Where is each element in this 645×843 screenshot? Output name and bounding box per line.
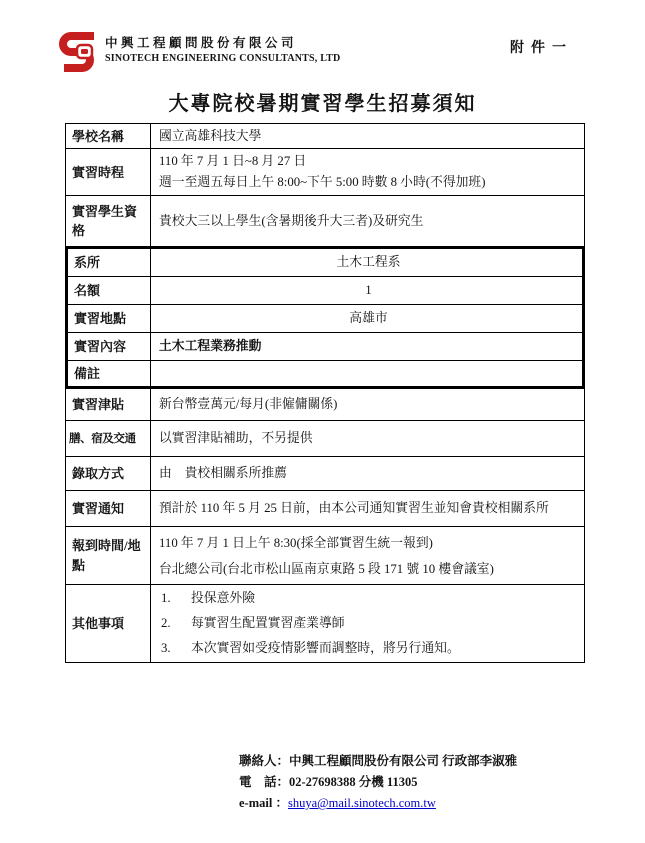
department-highlight-group: 系所 土木工程系 名額 1 實習地點 高雄市 實習內容 土木工 xyxy=(65,246,585,389)
contact-email-line: e-mail ：shuya@mail.sinotech.com.tw xyxy=(239,793,517,814)
email-label: e-mail ： xyxy=(239,796,288,810)
list-item-text: 投保意外險 xyxy=(191,586,255,611)
row-value-text: 貴校大三以上學生(含暑期後升大三者)及研究生 xyxy=(159,211,580,232)
contact-footer: 聯絡人：中興工程顧問股份有限公司 行政部李淑雅 電 話：02-27698388 … xyxy=(239,751,517,814)
row-label: 其他事項 xyxy=(66,585,151,662)
row-value: 預計於 110 年 5 月 25 日前，由本公司通知實習生並知會貴校相關系所 xyxy=(151,491,584,526)
recruitment-table: 學校名稱 國立高雄科技大學 實習時程 110 年 7 月 1 日~8 月 27 … xyxy=(65,123,585,663)
document-page: 中興工程顧問股份有限公司 SINOTECH ENGINEERING CONSUL… xyxy=(0,0,645,843)
row-value xyxy=(151,361,582,386)
row-value: 高雄市 xyxy=(151,305,582,332)
row-value-text: 土木工程業務推動 xyxy=(159,336,578,357)
row-value-line1: 110 年 7 月 1 日上午 8:30(採全部實習生統一報到) xyxy=(159,530,580,556)
contact-person-line: 聯絡人：中興工程顧問股份有限公司 行政部李淑雅 xyxy=(239,751,517,772)
list-item-number: 2. xyxy=(159,611,191,636)
table-row-location: 實習地點 高雄市 xyxy=(68,305,582,333)
table-row-internship-schedule: 實習時程 110 年 7 月 1 日~8 月 27 日 週一至週五每日上午 8:… xyxy=(66,149,584,196)
row-label: 備註 xyxy=(68,361,151,386)
row-value: 以實習津貼補助，不另提供 xyxy=(151,421,584,456)
row-value-text: 高雄市 xyxy=(159,308,578,329)
row-value-line2: 台北總公司(台北市松山區南京東路 5 段 171 號 10 樓會議室) xyxy=(159,556,580,582)
row-label: 實習津貼 xyxy=(66,389,151,420)
row-value-text: 1 xyxy=(159,280,578,301)
table-row-quota: 名額 1 xyxy=(68,277,582,305)
phone-value: 02-27698388 分機 11305 xyxy=(289,775,417,789)
row-label: 實習時程 xyxy=(66,149,151,195)
table-row-internship-content: 實習內容 土木工程業務推動 xyxy=(68,333,582,361)
row-value-text: 新台幣壹萬元/每月(非僱傭關係) xyxy=(159,394,580,415)
row-label: 膳、宿及交通 xyxy=(66,421,151,456)
row-label: 系所 xyxy=(68,249,151,276)
contact-phone-line: 電 話：02-27698388 分機 11305 xyxy=(239,772,517,793)
row-value-text: 由 貴校相關系所推薦 xyxy=(159,463,580,484)
table-row-meals-lodging-transport: 膳、宿及交通 以實習津貼補助，不另提供 xyxy=(66,421,584,457)
row-value: 土木工程系 xyxy=(151,249,582,276)
email-link[interactable]: shuya@mail.sinotech.com.tw xyxy=(288,796,436,810)
row-value-line2: 週一至週五每日上午 8:00~下午 5:00 時數 8 小時(不得加班) xyxy=(159,172,580,193)
attachment-label: 附件一 xyxy=(510,37,573,57)
row-label: 實習通知 xyxy=(66,491,151,526)
table-row-student-qualification: 實習學生資格 貴校大三以上學生(含暑期後升大三者)及研究生 xyxy=(66,196,584,246)
row-value: 貴校大三以上學生(含暑期後升大三者)及研究生 xyxy=(151,196,584,246)
row-value-text: 土木工程系 xyxy=(159,252,578,273)
table-row-internship-notification: 實習通知 預計於 110 年 5 月 25 日前，由本公司通知實習生並知會貴校相… xyxy=(66,491,584,527)
list-item-number: 1. xyxy=(159,586,191,611)
row-label: 錄取方式 xyxy=(66,457,151,490)
table-row-allowance: 實習津貼 新台幣壹萬元/每月(非僱傭關係) xyxy=(66,389,584,421)
row-value-text: 以實習津貼補助，不另提供 xyxy=(159,428,580,449)
row-label: 學校名稱 xyxy=(66,124,151,148)
row-value: 1. 投保意外險 2. 每實習生配置實習產業導師 3. 本次實習如受疫情影響而調… xyxy=(151,585,584,662)
row-value: 土木工程業務推動 xyxy=(151,333,582,360)
row-value-line1: 110 年 7 月 1 日~8 月 27 日 xyxy=(159,151,580,172)
row-label: 實習地點 xyxy=(68,305,151,332)
table-row-remarks: 備註 xyxy=(68,361,582,386)
row-label: 報到時間/地點 xyxy=(66,527,151,584)
company-name-zh: 中興工程顧問股份有限公司 xyxy=(105,33,297,51)
table-row-department: 系所 土木工程系 xyxy=(68,249,582,277)
list-item-text: 每實習生配置實習產業導師 xyxy=(191,611,345,636)
row-value: 由 貴校相關系所推薦 xyxy=(151,457,584,490)
row-value: 國立高雄科技大學 xyxy=(151,124,584,148)
list-item-text: 本次實習如受疫情影響而調整時，將另行通知。 xyxy=(191,636,460,661)
table-row-reporting-time-place: 報到時間/地點 110 年 7 月 1 日上午 8:30(採全部實習生統一報到)… xyxy=(66,527,584,585)
phone-label: 電 話： xyxy=(239,775,289,789)
sinotech-logo-icon xyxy=(56,28,102,74)
row-value: 新台幣壹萬元/每月(非僱傭關係) xyxy=(151,389,584,420)
row-label: 實習學生資格 xyxy=(66,196,151,246)
list-item: 3. 本次實習如受疫情影響而調整時，將另行通知。 xyxy=(159,636,580,661)
row-label: 名額 xyxy=(68,277,151,304)
row-value: 110 年 7 月 1 日~8 月 27 日 週一至週五每日上午 8:00~下午… xyxy=(151,149,584,195)
row-value-text: 預計於 110 年 5 月 25 日前，由本公司通知實習生並知會貴校相關系所 xyxy=(159,498,580,519)
table-row-other-matters: 其他事項 1. 投保意外險 2. 每實習生配置實習產業導師 3. 本次實習如受疫… xyxy=(66,585,584,662)
row-value: 110 年 7 月 1 日上午 8:30(採全部實習生統一報到) 台北總公司(台… xyxy=(151,527,584,584)
row-value: 1 xyxy=(151,277,582,304)
list-item: 1. 投保意外險 xyxy=(159,586,580,611)
table-row-school-name: 學校名稱 國立高雄科技大學 xyxy=(66,124,584,149)
row-value-text: 國立高雄科技大學 xyxy=(159,126,580,147)
table-row-selection-method: 錄取方式 由 貴校相關系所推薦 xyxy=(66,457,584,491)
list-item: 2. 每實習生配置實習產業導師 xyxy=(159,611,580,636)
list-item-number: 3. xyxy=(159,636,191,661)
company-name-en: SINOTECH ENGINEERING CONSULTANTS, LTD xyxy=(105,53,340,64)
page-title: 大專院校暑期實習學生招募須知 xyxy=(0,87,645,116)
row-label: 實習內容 xyxy=(68,333,151,360)
